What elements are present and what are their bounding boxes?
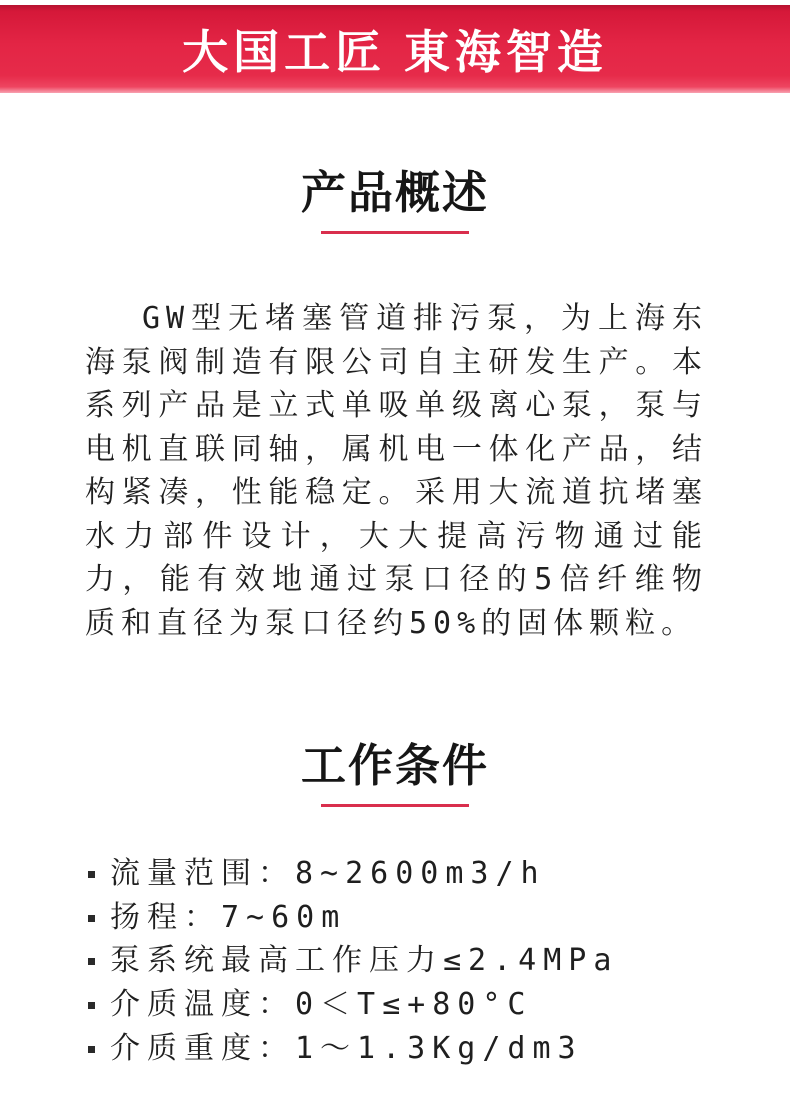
section-working-conditions: 工作条件 流量范围：8~2600m3/h 扬程：7~60m 泵系统最高工作压力≤… (0, 741, 790, 1071)
spec-text: 介质重度：1～1.3Kg/dm3 (110, 1031, 583, 1066)
bullet-square-icon (88, 915, 95, 922)
overview-paragraph: GW型无堵塞管道排污泵，为上海东海泵阀制造有限公司自主研发生产。本系列产品是立式… (85, 297, 708, 645)
spec-text: 介质温度：0＜T≤+80°C (110, 987, 533, 1022)
bullet-square-icon (88, 871, 95, 878)
banner-title: 大国工匠 東海智造 (182, 16, 608, 82)
spec-text: 流量范围：8~2600m3/h (110, 856, 546, 891)
bullet-square-icon (88, 1046, 95, 1053)
spec-item-medium-temperature: 介质温度：0＜T≤+80°C (85, 983, 790, 1027)
spec-item-flow-range: 流量范围：8~2600m3/h (85, 852, 790, 896)
spec-text: 扬程：7~60m (110, 900, 346, 935)
conditions-section-title: 工作条件 (0, 741, 790, 791)
spec-item-medium-density: 介质重度：1～1.3Kg/dm3 (85, 1027, 790, 1071)
product-detail-page: 大国工匠 東海智造 产品概述 GW型无堵塞管道排污泵，为上海东海泵阀制造有限公司… (0, 5, 790, 1071)
bullet-square-icon (88, 1002, 95, 1009)
spec-item-head: 扬程：7~60m (85, 896, 790, 940)
overview-title-underline (321, 231, 469, 234)
spec-item-max-pressure: 泵系统最高工作压力≤2.4MPa (85, 939, 790, 983)
bullet-square-icon (88, 958, 95, 965)
spec-list: 流量范围：8~2600m3/h 扬程：7~60m 泵系统最高工作压力≤2.4MP… (85, 852, 790, 1071)
conditions-title-underline (321, 804, 469, 807)
spec-text: 泵系统最高工作压力≤2.4MPa (110, 943, 618, 978)
brand-banner: 大国工匠 東海智造 (0, 5, 790, 93)
overview-section-title: 产品概述 (0, 168, 790, 218)
section-product-overview: 产品概述 GW型无堵塞管道排污泵，为上海东海泵阀制造有限公司自主研发生产。本系列… (0, 168, 790, 645)
